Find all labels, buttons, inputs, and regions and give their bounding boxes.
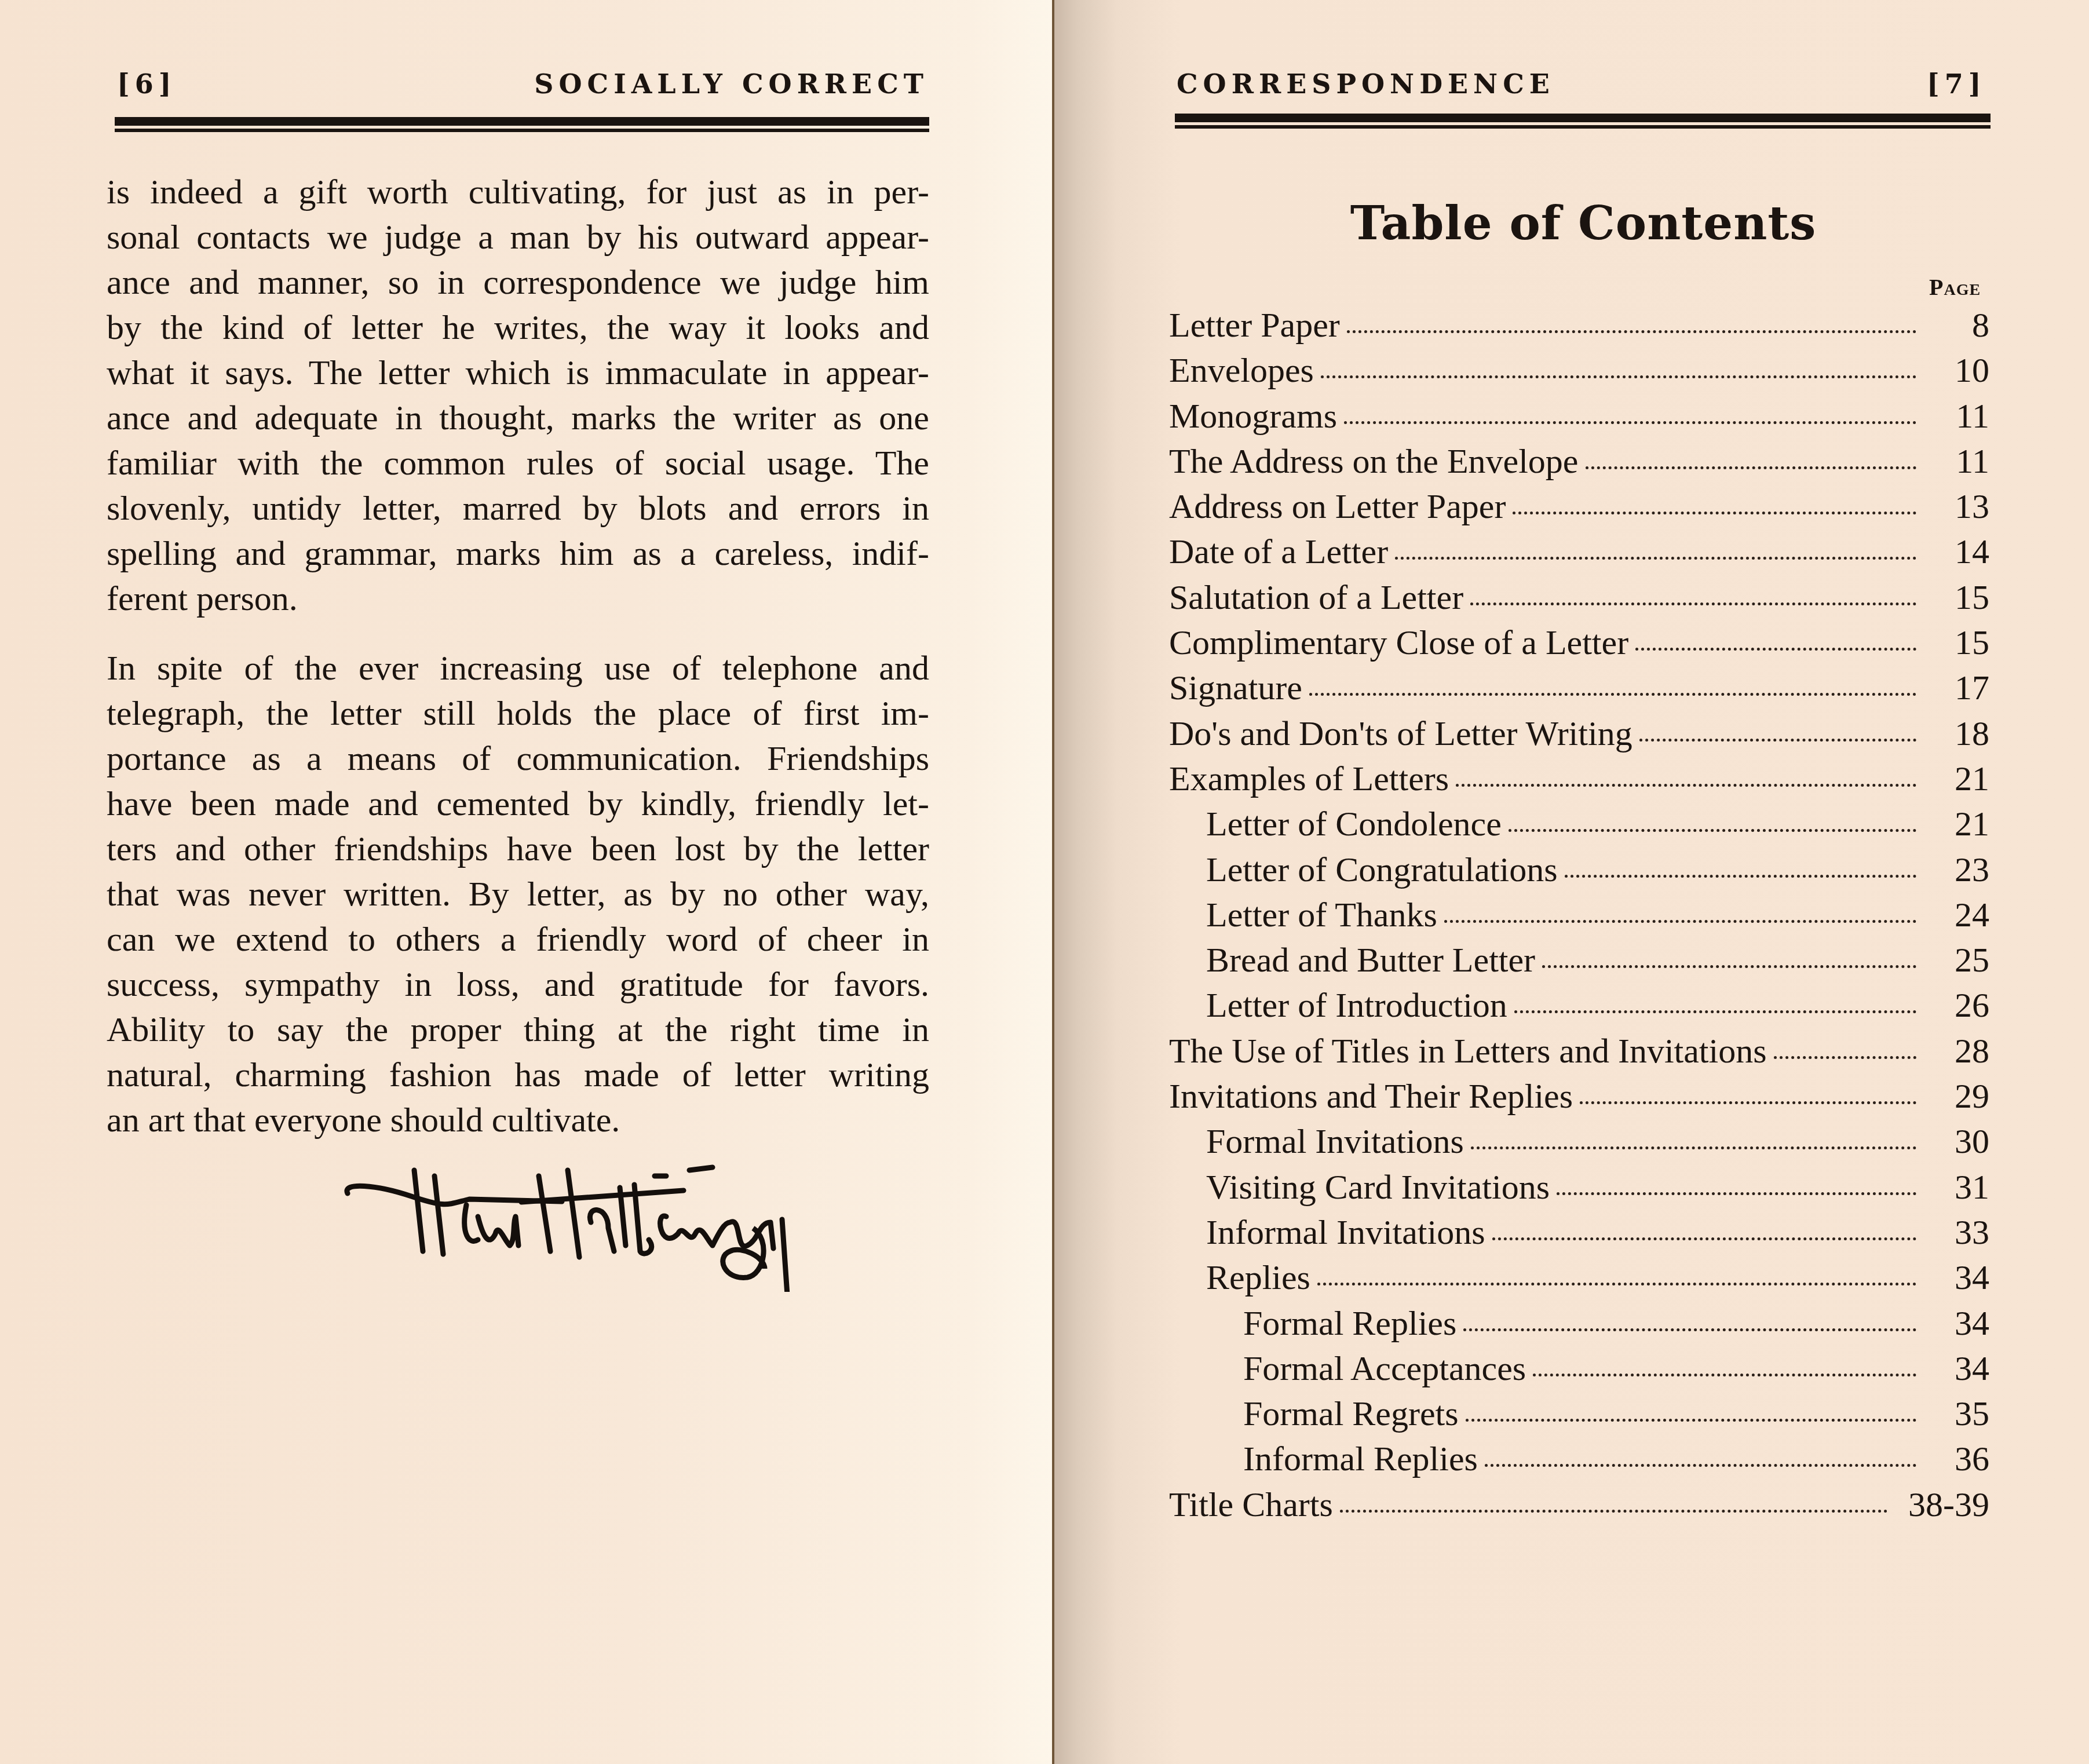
toc-entry-label: Letter Paper [1169, 302, 1340, 348]
toc-entry-page: 29 [1926, 1073, 1989, 1119]
toc-entry: Envelopes10 [1169, 348, 1989, 393]
left-page-number: [6] [117, 68, 177, 109]
header-rule-thick [1175, 114, 1991, 122]
toc-entry-label: Formal Acceptances [1243, 1346, 1526, 1391]
toc-entry: Salutation of a Letter15 [1169, 575, 1989, 620]
left-running-head: SOCIALLY CORRECT [534, 68, 929, 109]
signature [342, 1153, 921, 1292]
toc-entry: Examples of Letters21 [1169, 756, 1989, 801]
toc-entry-page: 10 [1926, 348, 1989, 393]
toc-entry: Replies34 [1169, 1255, 1989, 1300]
table-of-contents: Letter Paper8Envelopes10Monograms11The A… [1169, 302, 1989, 1527]
text-line: is indeed a gift worth cultivating, for … [107, 169, 929, 214]
toc-entry-label: Date of a Letter [1169, 529, 1388, 574]
dot-leader [1513, 510, 1916, 514]
text-line: Ability to say the proper thing at the r… [107, 1007, 929, 1052]
toc-entry: Title Charts38-39 [1169, 1482, 1989, 1527]
toc-entry-page: 30 [1926, 1119, 1989, 1164]
toc-entry: Formal Regrets35 [1169, 1391, 1989, 1436]
text-line: ters and other friendships have been los… [107, 826, 929, 871]
dot-leader [1395, 556, 1916, 560]
dot-leader [1565, 874, 1916, 878]
toc-entry-label: Letter of Introduction [1206, 983, 1507, 1028]
toc-entry-page: 34 [1926, 1255, 1989, 1300]
toc-entry: Signature17 [1169, 665, 1989, 710]
text-line: telegraph, the letter still holds the pl… [107, 691, 929, 736]
dot-leader [1471, 1145, 1916, 1149]
toc-entry: Address on Letter Paper13 [1169, 484, 1989, 529]
text-line: familiar with the common rules of social… [107, 440, 929, 485]
right-running-head: CORRESPONDENCE [1177, 68, 1555, 109]
toc-entry-page: 36 [1926, 1436, 1989, 1481]
text-line: natural, charming fashion has made of le… [107, 1052, 929, 1097]
toc-entry-page: 38-39 [1897, 1482, 1989, 1527]
dot-leader [1533, 1372, 1916, 1376]
toc-entry-label: Monograms [1169, 393, 1337, 439]
dot-leader [1470, 601, 1916, 605]
dot-leader [1580, 1100, 1916, 1104]
toc-entry-page: 34 [1926, 1346, 1989, 1391]
toc-entry: Visiting Card Invitations31 [1169, 1164, 1989, 1210]
toc-entry-label: Letter of Condolence [1206, 801, 1502, 846]
toc-entry: Letter of Thanks24 [1169, 892, 1989, 937]
toc-entry-page: 33 [1926, 1210, 1989, 1255]
page-column-label: Page [1929, 273, 1981, 301]
toc-entry: Letter Paper8 [1169, 302, 1989, 348]
toc-entry-label: Informal Replies [1243, 1436, 1478, 1481]
dot-leader [1309, 692, 1916, 696]
body-paragraph: In spite of the ever increasing use of t… [107, 645, 929, 1142]
toc-entry-page: 11 [1926, 393, 1989, 439]
toc-entry: Informal Replies36 [1169, 1436, 1989, 1481]
toc-entry: Formal Invitations30 [1169, 1119, 1989, 1164]
toc-entry-label: The Address on the Envelope [1169, 439, 1579, 484]
dot-leader [1466, 1418, 1916, 1422]
toc-entry-label: Informal Invitations [1206, 1210, 1485, 1255]
dot-leader [1321, 374, 1916, 378]
dot-leader [1514, 1009, 1916, 1013]
body-paragraph: is indeed a gift worth cultivating, for … [107, 169, 929, 621]
toc-entry: Letter of Introduction26 [1169, 983, 1989, 1028]
dot-leader [1340, 1509, 1887, 1513]
text-line: sonal contacts we judge a man by his out… [107, 214, 929, 260]
text-line: ferent person. [107, 576, 929, 621]
header-rule-thick [115, 117, 929, 126]
dot-leader [1635, 647, 1916, 651]
toc-entry: Informal Invitations33 [1169, 1210, 1989, 1255]
header-rule-thin [1175, 125, 1991, 129]
toc-entry-label: Address on Letter Paper [1169, 484, 1506, 529]
right-page-number: [7] [1927, 68, 1986, 109]
toc-entry-label: Do's and Don'ts of Letter Writing [1169, 711, 1633, 756]
toc-entry: Invitations and Their Replies29 [1169, 1073, 1989, 1119]
toc-entry-page: 18 [1926, 711, 1989, 756]
toc-entry-page: 14 [1926, 529, 1989, 574]
text-line: spelling and grammar, marks him as a car… [107, 531, 929, 576]
toc-entry-label: Examples of Letters [1169, 756, 1449, 801]
dot-leader [1485, 1463, 1916, 1467]
toc-entry: The Use of Titles in Letters and Invitat… [1169, 1028, 1989, 1073]
dot-leader [1444, 919, 1916, 923]
text-line: In spite of the ever increasing use of t… [107, 645, 929, 691]
toc-entry-page: 15 [1926, 620, 1989, 665]
dot-leader [1344, 420, 1916, 424]
dot-leader [1542, 964, 1916, 968]
text-line: by the kind of letter he writes, the way… [107, 305, 929, 350]
dot-leader [1347, 329, 1916, 333]
toc-entry: Monograms11 [1169, 393, 1989, 439]
toc-entry: Letter of Condolence21 [1169, 801, 1989, 846]
toc-entry: Letter of Congratulations23 [1169, 847, 1989, 892]
dot-leader [1509, 828, 1916, 832]
toc-entry-page: 13 [1926, 484, 1989, 529]
toc-entry-page: 26 [1926, 983, 1989, 1028]
toc-entry-label: Complimentary Close of a Letter [1169, 620, 1628, 665]
toc-entry-label: Letter of Thanks [1206, 892, 1437, 937]
toc-entry: Bread and Butter Letter25 [1169, 937, 1989, 983]
header-rule-thin [115, 129, 929, 132]
toc-entry-page: 15 [1926, 575, 1989, 620]
toc-entry-label: The Use of Titles in Letters and Invitat… [1169, 1028, 1767, 1073]
toc-entry: The Address on the Envelope11 [1169, 439, 1989, 484]
dot-leader [1463, 1327, 1916, 1331]
toc-entry-label: Formal Invitations [1206, 1119, 1464, 1164]
toc-entry-label: Formal Regrets [1243, 1391, 1459, 1436]
toc-heading: Table of Contents [1053, 196, 2089, 250]
toc-entry-page: 8 [1926, 302, 1989, 348]
toc-entry-label: Letter of Congratulations [1206, 847, 1558, 892]
toc-entry-page: 21 [1926, 801, 1989, 846]
text-line: that was never written. By letter, as by… [107, 871, 929, 916]
dot-leader [1586, 465, 1917, 469]
toc-entry-label: Invitations and Their Replies [1169, 1073, 1573, 1119]
toc-entry-label: Bread and Butter Letter [1206, 937, 1535, 983]
text-line: ance and adequate in thought, marks the … [107, 395, 929, 440]
text-line: ance and manner, so in correspondence we… [107, 260, 929, 305]
dot-leader [1492, 1236, 1916, 1240]
toc-entry-page: 21 [1926, 756, 1989, 801]
text-line: an art that everyone should cultivate. [107, 1097, 929, 1142]
toc-entry-page: 34 [1926, 1301, 1989, 1346]
toc-entry: Date of a Letter14 [1169, 529, 1989, 574]
book-spread: [6] SOCIALLY CORRECT is indeed a gift wo… [0, 0, 2089, 1764]
toc-entry-page: 25 [1926, 937, 1989, 983]
toc-entry-page: 23 [1926, 847, 1989, 892]
toc-entry-page: 24 [1926, 892, 1989, 937]
text-line: what it says. The letter which is immacu… [107, 350, 929, 395]
text-line: slovenly, untidy letter, marred by blots… [107, 485, 929, 531]
toc-entry: Formal Acceptances34 [1169, 1346, 1989, 1391]
toc-entry-label: Title Charts [1169, 1482, 1333, 1527]
book-gutter [1052, 0, 1054, 1764]
text-line: can we extend to others a friendly word … [107, 916, 929, 962]
text-line: have been made and cemented by kindly, f… [107, 781, 929, 826]
toc-entry-label: Salutation of a Letter [1169, 575, 1463, 620]
toc-entry-page: 17 [1926, 665, 1989, 710]
dot-leader [1557, 1191, 1916, 1195]
toc-entry-label: Signature [1169, 665, 1302, 710]
dot-leader [1456, 783, 1916, 787]
toc-entry-label: Formal Replies [1243, 1301, 1456, 1346]
toc-entry-label: Envelopes [1169, 348, 1314, 393]
toc-entry: Do's and Don'ts of Letter Writing18 [1169, 711, 1989, 756]
toc-entry-label: Replies [1206, 1255, 1310, 1300]
text-line: success, sympathy in loss, and gratitude… [107, 962, 929, 1007]
toc-entry-page: 11 [1926, 439, 1989, 484]
toc-entry: Complimentary Close of a Letter15 [1169, 620, 1989, 665]
dot-leader [1774, 1055, 1916, 1059]
toc-entry-page: 31 [1926, 1164, 1989, 1210]
toc-entry-page: 28 [1926, 1028, 1989, 1073]
dot-leader [1317, 1281, 1916, 1285]
toc-entry-page: 35 [1926, 1391, 1989, 1436]
toc-entry-label: Visiting Card Invitations [1206, 1164, 1550, 1210]
text-line: portance as a means of communication. Fr… [107, 736, 929, 781]
dot-leader [1639, 737, 1916, 742]
toc-entry: Formal Replies34 [1169, 1301, 1989, 1346]
